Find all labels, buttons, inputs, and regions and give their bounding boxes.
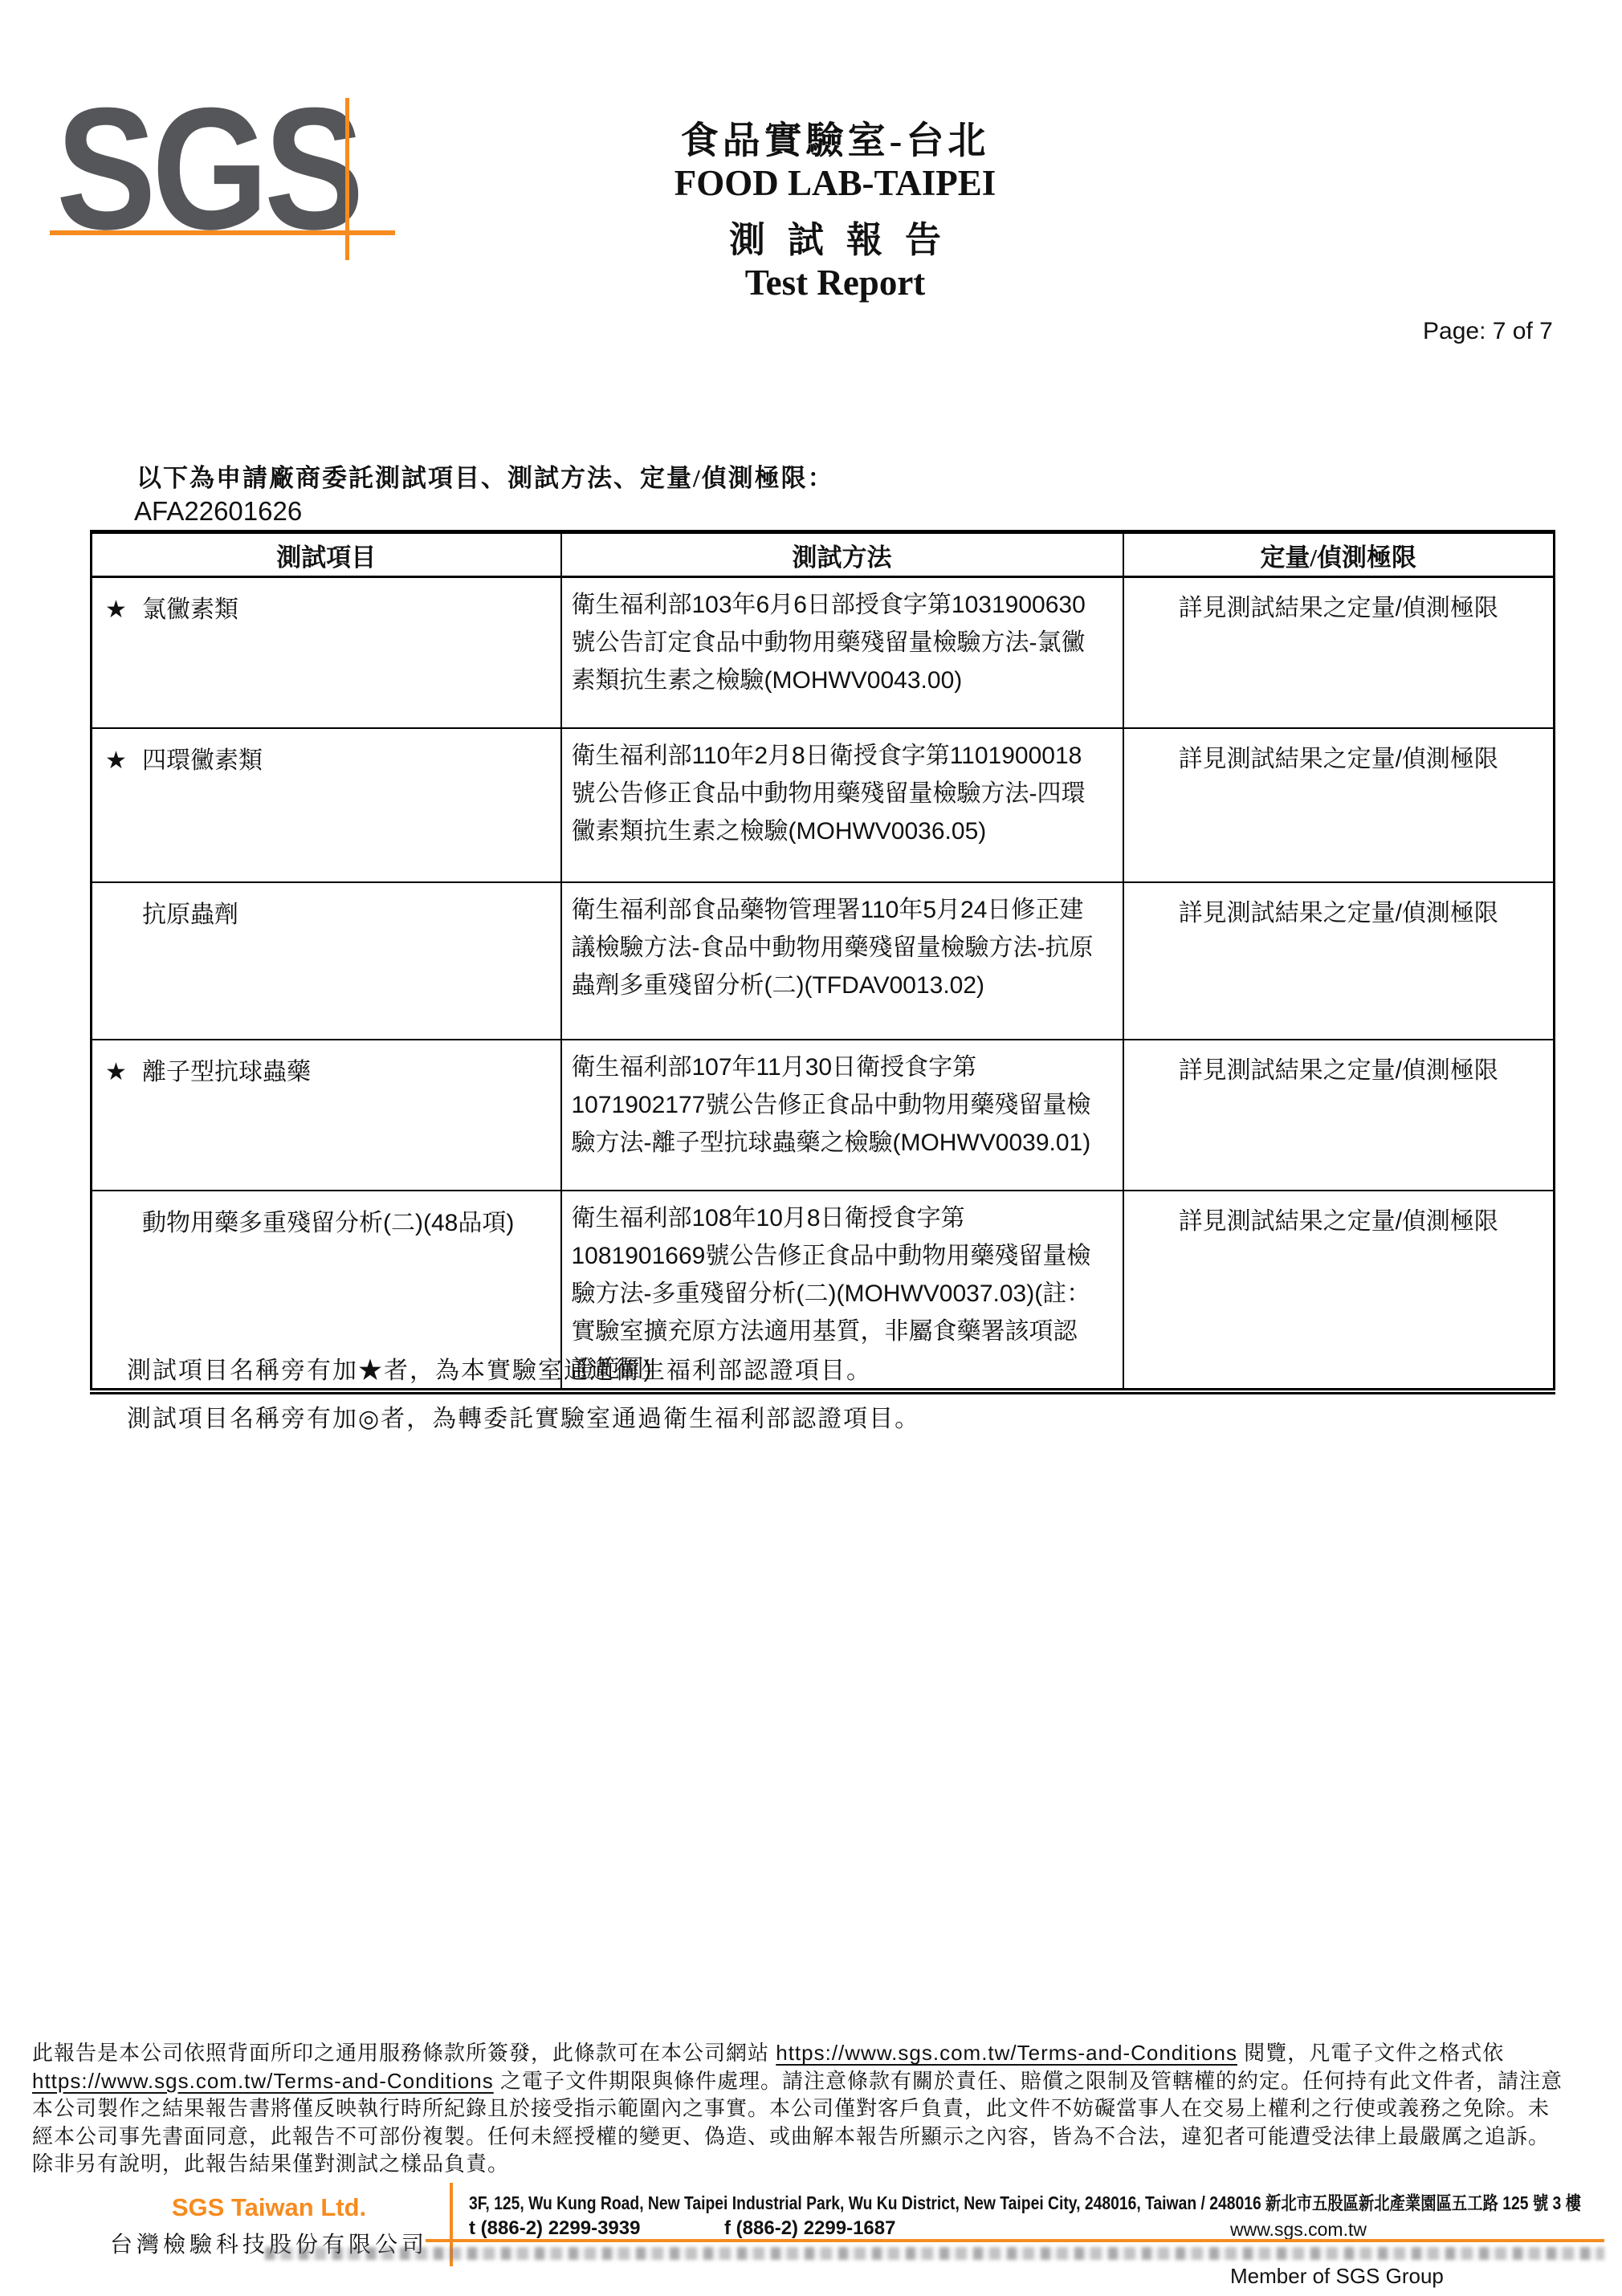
report-title-zh: 測試報告 [434,210,1237,263]
test-item-cell: ★氯黴素類 [92,577,561,729]
phone-number: t (886-2) 2299-3939 [469,2217,640,2240]
star-icon: ★ [105,1058,142,1086]
table-body: ★氯黴素類衛生福利部103年6月6日部授食字第1031900630 號公告訂定食… [92,577,1555,1392]
test-item-cell: ★四環黴素類 [92,728,561,882]
test-methods-table: 測試項目測試方法定量/偵測極限 ★氯黴素類衛生福利部103年6月6日部授食字第1… [90,530,1555,1394]
footer-orange-rule [426,2239,1604,2242]
legal-text-segment: 之電子文件期限與條件處理。請注意條款有關於責任、賠償之限制及管轄權的約定。任何持… [494,2069,1563,2093]
legal-line: https://www.sgs.com.tw/Terms-and-Conditi… [32,2067,1593,2095]
legal-text-segment: 除非另有說明，此報告結果僅對測試之樣品負責。 [32,2151,509,2176]
legal-text-segment: 閱覽，凡電子文件之格式依 [1237,2041,1504,2065]
test-item-label: 氯黴素類 [142,596,238,623]
logo-underline-rule [50,230,395,235]
test-methods-table-wrap: 測試項目測試方法定量/偵測極限 ★氯黴素類衛生福利部103年6月6日部授食字第1… [90,530,1553,1394]
legal-line: 除非另有說明，此報告結果僅對測試之樣品負責。 [32,2150,1593,2178]
lab-title-zh: 食品實驗室-台北 [434,111,1237,165]
fax-number: f (886-2) 2299-1687 [724,2217,895,2240]
test-method-cell: 衛生福利部110年2月8日衛授食字第1101900018 號公告修正食品中動物用… [561,728,1123,882]
company-name-en: SGS Taiwan Ltd. [96,2193,442,2222]
column-header: 測試項目 [92,532,561,577]
lab-title-en: FOOD LAB-TAIPEI [434,162,1237,204]
legal-line: 本公司製作之結果報告書將僅反映執行時所紀錄且於接受指示範圍內之事實。本公司僅對客… [32,2094,1593,2123]
footnotes: 測試項目名稱旁有加★者，為本實驗室通過衛生福利部認證項目。測試項目名稱旁有加◎者… [127,1347,920,1443]
limit-cell: 詳見測試結果之定量/偵測極限 [1123,1040,1555,1191]
star-icon: ★ [105,596,142,624]
logo-vertical-rule [345,98,349,260]
legal-line: 此報告是本公司依照背面所印之通用服務條款所簽發，此條款可在本公司網站 https… [32,2039,1593,2067]
test-method-cell: 衛生福利部103年6月6日部授食字第1031900630 號公告訂定食品中動物用… [561,577,1123,729]
intro-line: 以下為申請廠商委託測試項目、測試方法、定量/偵測極限： [137,458,834,494]
blurred-text-strip [265,2247,1604,2260]
legal-text-segment: 本公司製作之結果報告書將僅反映執行時所紀錄且於接受指示範圍內之事實。本公司僅對客… [32,2096,1550,2120]
table-header-row: 測試項目測試方法定量/偵測極限 [92,532,1555,577]
test-method-cell: 衛生福利部107年11月30日衛授食字第 1071902177號公告修正食品中動… [561,1040,1123,1191]
sgs-logo: SGS [56,82,360,255]
terms-link[interactable]: https://www.sgs.com.tw/Terms-and-Conditi… [32,2069,494,2093]
test-item-cell: 抗原蟲劑 [92,882,561,1040]
website-link[interactable]: www.sgs.com.tw [1230,2219,1367,2241]
limit-cell: 詳見測試結果之定量/偵測極限 [1123,1191,1555,1391]
report-number: AFA22601626 [134,496,302,527]
table-row: 抗原蟲劑衛生福利部食品藥物管理署110年5月24日修正建 議檢驗方法-食品中動物… [92,882,1555,1040]
footnote-line: 測試項目名稱旁有加★者，為本實驗室通過衛生福利部認證項目。 [127,1347,920,1395]
test-item-label: 四環黴素類 [142,747,263,774]
table-row: ★氯黴素類衛生福利部103年6月6日部授食字第1031900630 號公告訂定食… [92,577,1555,729]
report-title-en: Test Report [434,262,1237,303]
legal-line: 經本公司事先書面同意，此報告不可部份複製。任何未經授權的變更、偽造、或曲解本報告… [32,2123,1593,2151]
table-row: ★四環黴素類衛生福利部110年2月8日衛授食字第1101900018 號公告修正… [92,728,1555,882]
limit-cell: 詳見測試結果之定量/偵測極限 [1123,728,1555,882]
page-number: Page: 7 of 7 [1423,318,1553,345]
test-item-label: 離子型抗球蟲藥 [142,1059,311,1085]
legal-text: 此報告是本公司依照背面所印之通用服務條款所簽發，此條款可在本公司網站 https… [32,2039,1593,2178]
column-header: 測試方法 [561,532,1123,577]
footnote-line: 測試項目名稱旁有加◎者，為轉委託實驗室通過衛生福利部認證項目。 [127,1395,920,1443]
legal-text-segment: 此報告是本公司依照背面所印之通用服務條款所簽發，此條款可在本公司網站 [32,2041,776,2065]
member-of-sgs-group: Member of SGS Group [1230,2264,1444,2289]
test-item-label: 抗原蟲劑 [142,902,238,928]
star-icon: ★ [105,747,142,775]
test-item-label: 動物用藥多重殘留分析(二)(48品項) [142,1210,514,1236]
table-row: ★離子型抗球蟲藥衛生福利部107年11月30日衛授食字第 1071902177號… [92,1040,1555,1191]
test-method-cell: 衛生福利部食品藥物管理署110年5月24日修正建 議檢驗方法-食品中動物用藥殘留… [561,882,1123,1040]
report-title-block: 食品實驗室-台北 FOOD LAB-TAIPEI 測試報告 Test Repor… [434,0,1237,321]
column-header: 定量/偵測極限 [1123,532,1555,577]
terms-link[interactable]: https://www.sgs.com.tw/Terms-and-Conditi… [776,2041,1237,2065]
limit-cell: 詳見測試結果之定量/偵測極限 [1123,882,1555,1040]
company-address: 3F, 125, Wu Kung Road, New Taipei Indust… [469,2188,1581,2215]
legal-text-segment: 經本公司事先書面同意，此報告不可部份複製。任何未經授權的變更、偽造、或曲解本報告… [32,2124,1550,2148]
limit-cell: 詳見測試結果之定量/偵測極限 [1123,577,1555,729]
test-item-cell: ★離子型抗球蟲藥 [92,1040,561,1191]
